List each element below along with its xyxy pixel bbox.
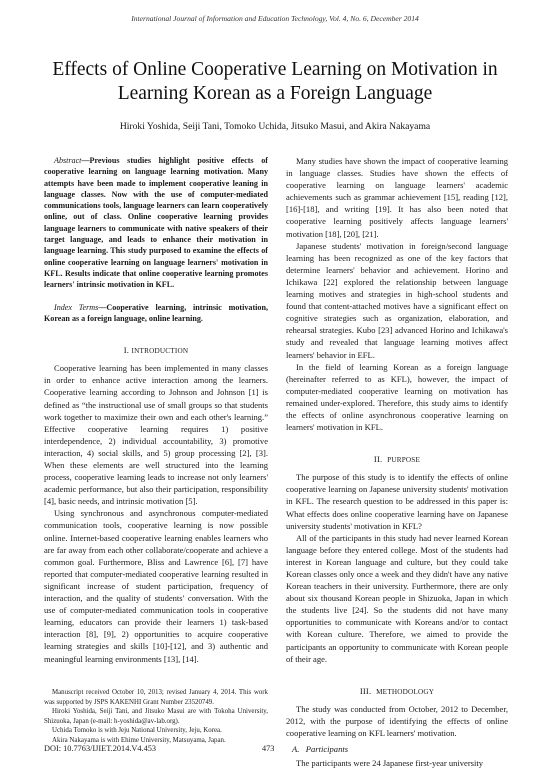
section-heading-purpose: II. Purpose <box>286 453 508 466</box>
paragraph: In the field of learning Korean as a for… <box>286 361 508 434</box>
subsection-title: Participants <box>306 744 348 754</box>
section-title: Introduction <box>132 347 189 355</box>
paragraph: All of the participants in this study ha… <box>286 532 508 665</box>
index-terms: Index Terms—Cooperative learning, intrin… <box>44 302 268 325</box>
doi: DOI: 10.7763/IJIET.2014.V4.453 <box>44 744 156 753</box>
abstract: Abstract—Previous studies highlight posi… <box>44 155 268 291</box>
section-numeral: II. <box>374 454 382 464</box>
footnote-affiliation-2: Uchida Tomoko is with Jeju National Univ… <box>44 726 268 736</box>
left-column: Abstract—Previous studies highlight posi… <box>44 155 268 665</box>
section-numeral: I. <box>124 345 129 355</box>
index-terms-label: Index Terms <box>54 303 98 312</box>
footnote: Manuscript received October 10, 2013; re… <box>44 688 268 746</box>
title-line-2: Learning Korean as a Foreign Language <box>0 82 550 106</box>
paragraph: The purpose of this study is to identify… <box>286 471 508 531</box>
author-list: Hiroki Yoshida, Seiji Tani, Tomoko Uchid… <box>0 121 550 132</box>
running-head: International Journal of Information and… <box>0 14 550 23</box>
abstract-text: —Previous studies highlight positive eff… <box>44 156 268 289</box>
section-title: Purpose <box>387 456 420 464</box>
subsection-label: A. <box>292 744 299 754</box>
section-title: Methodology <box>376 688 434 696</box>
paragraph: Using synchronous and asynchronous compu… <box>44 507 268 664</box>
subsection-heading-participants: A. Participants <box>286 743 508 755</box>
section-heading-methodology: III. Methodology <box>286 685 508 698</box>
paragraph: Cooperative learning has been implemente… <box>44 362 268 507</box>
footnote-affiliation-1: Hiroki Yoshida, Seiji Tani, and Jitsuko … <box>44 707 268 726</box>
paper-title: Effects of Online Cooperative Learning o… <box>0 58 550 106</box>
page-number: 473 <box>262 744 274 753</box>
abstract-label: Abstract <box>54 156 81 165</box>
paragraph: The participants were 24 Japanese first-… <box>286 757 508 769</box>
footnote-manuscript: Manuscript received October 10, 2013; re… <box>44 688 268 707</box>
paragraph: Japanese students' motivation in foreign… <box>286 240 508 361</box>
paragraph: The study was conducted from October, 20… <box>286 703 508 739</box>
paragraph: Many studies have shown the impact of co… <box>286 155 508 240</box>
section-numeral: III. <box>360 686 372 696</box>
title-line-1: Effects of Online Cooperative Learning o… <box>0 58 550 82</box>
section-heading-introduction: I. Introduction <box>44 344 268 357</box>
right-column: Many studies have shown the impact of co… <box>286 155 508 769</box>
